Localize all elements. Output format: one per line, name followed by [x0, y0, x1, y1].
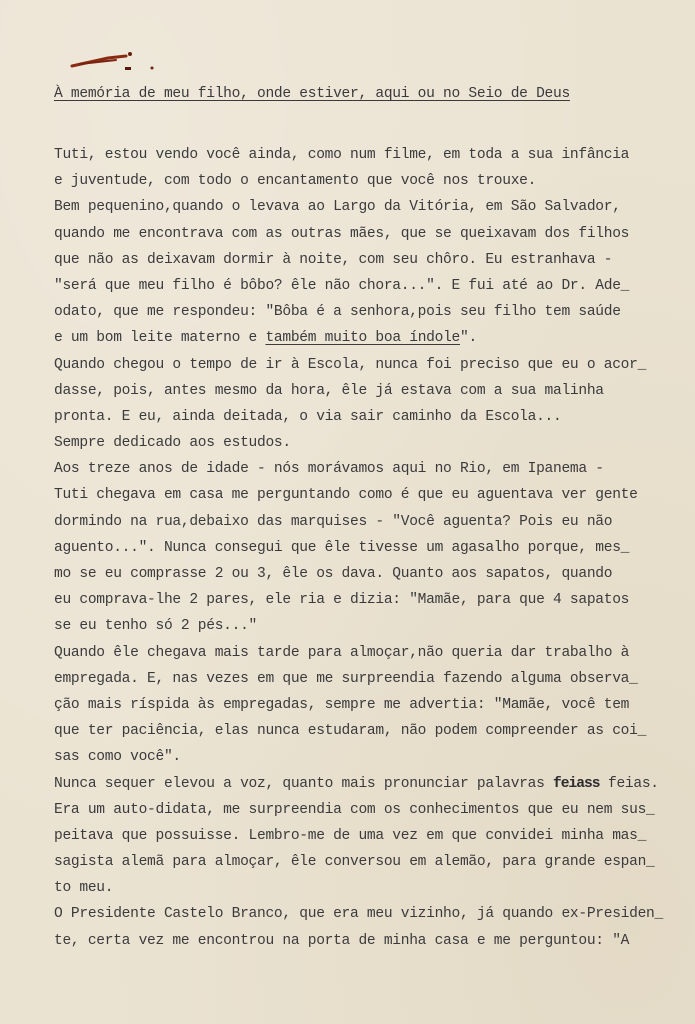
text-line: dasse, pois, antes mesmo da hora, êle já… [54, 378, 674, 404]
struck-over-word: feiass [553, 776, 600, 792]
text-line: aguento...". Nunca consegui que êle tive… [54, 535, 674, 561]
text-line: quando me encontrava com as outras mães,… [54, 221, 674, 247]
letter-body: Tuti, estou vendo você ainda, como num f… [54, 142, 674, 954]
text-line: sas como você". [54, 744, 674, 770]
text-line: pronta. E eu, ainda deitada, o via sair … [54, 404, 674, 430]
text-line: eu comprava-lhe 2 pares, ele ria e dizia… [54, 587, 674, 613]
text-line: dormindo na rua,debaixo das marquises - … [54, 509, 674, 535]
text-line: sagista alemã para almoçar, êle converso… [54, 849, 674, 875]
text-line: empregada. E, nas vezes em que me surpre… [54, 666, 674, 692]
text-line: mo se eu comprasse 2 ou 3, êle os dava. … [54, 561, 674, 587]
ink-mark-icon [68, 50, 158, 78]
text-line: se eu tenho só 2 pés..." [54, 613, 674, 639]
text-segment: Nunca sequer elevou a voz, quanto mais p… [54, 776, 553, 792]
text-line: to meu. [54, 875, 674, 901]
text-line: "será que meu filho é bôbo? êle não chor… [54, 273, 674, 299]
underlined-phrase: também muito boa índole [265, 330, 460, 346]
text-segment: ". [460, 330, 477, 346]
text-line: e juventude, com todo o encantamento que… [54, 168, 674, 194]
text-line: e um bom leite materno e também muito bo… [54, 325, 674, 351]
text-line: Tuti, estou vendo você ainda, como num f… [54, 142, 674, 168]
text-line: Tuti chegava em casa me perguntando como… [54, 482, 674, 508]
text-line: Bem pequenino,quando o levava ao Largo d… [54, 194, 674, 220]
text-line: Era um auto-didata, me surpreendia com o… [54, 797, 674, 823]
text-line: que não as deixavam dormir à noite, com … [54, 247, 674, 273]
text-segment: feias. [600, 776, 659, 792]
text-line: Nunca sequer elevou a voz, quanto mais p… [54, 771, 674, 797]
text-line: Quando êle chegava mais tarde para almoç… [54, 640, 674, 666]
text-line: odato, que me respondeu: "Bôba é a senho… [54, 299, 674, 325]
text-line: Sempre dedicado aos estudos. [54, 430, 674, 456]
text-segment: e um bom leite materno e [54, 330, 265, 346]
dedication-heading: À memória de meu filho, onde estiver, aq… [54, 86, 570, 102]
text-line: Quando chegou o tempo de ir à Escola, nu… [54, 352, 674, 378]
text-line: que ter paciência, elas nunca estudaram,… [54, 718, 674, 744]
text-line: Aos treze anos de idade - nós morávamos … [54, 456, 674, 482]
typewritten-page: À memória de meu filho, onde estiver, aq… [0, 0, 695, 1024]
text-line: te, certa vez me encontrou na porta de m… [54, 928, 674, 954]
text-line: ção mais ríspida às empregadas, sempre m… [54, 692, 674, 718]
text-line: O Presidente Castelo Branco, que era meu… [54, 901, 674, 927]
text-line: peitava que possuisse. Lembro-me de uma … [54, 823, 674, 849]
